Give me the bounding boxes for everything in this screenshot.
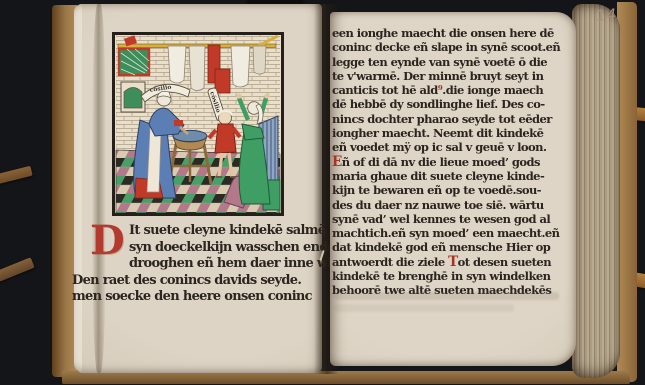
text-segment: des du daer nz nauwe toe siē. wārtu xyxy=(332,198,544,212)
text-segment: legge ten eynde van synē voetē ō die xyxy=(332,55,547,69)
text-segment: nincs dochter pharao seyde tot eēder xyxy=(332,112,552,126)
text-segment: coninc decke eñ slape in synē scoot.eñ xyxy=(332,40,560,54)
left-page-fold-crease xyxy=(92,4,106,373)
text-line: kijn te bewaren eñ op te voedē.sou- xyxy=(332,183,570,197)
text-line: coninc decke eñ slape in synē scoot.eñ xyxy=(332,40,570,54)
text-line: synē vad’ wel kennes te wesen god al xyxy=(332,212,570,226)
text-line: eñ voedet mÿ op ic sal v geuē v loon. xyxy=(332,140,570,154)
text-segment: te v'warmē. Der minnē bruyt seyt in xyxy=(332,69,543,83)
text-segment: It suete cleyne kindekē salmē xyxy=(129,223,325,238)
clasp-strap-left-bottom xyxy=(0,257,35,281)
text-line: nincs dochter pharao seyde tot eēder xyxy=(332,112,570,126)
text-segment: men soecke den heere onsen coninc xyxy=(72,289,312,304)
text-line: canticis tot hē ald⁹.die ionge maech xyxy=(332,83,570,97)
right-page-text: een ionghe maecht die onsen here dēconin… xyxy=(332,26,570,298)
text-line: maria ghaue dit suete cleyne kinde- xyxy=(332,169,570,183)
text-line: Eñ of di dā nv die lieue moed’ gods xyxy=(332,155,570,169)
text-segment: dat kindekē god eñ mensche Hier op xyxy=(332,240,550,254)
text-line: te v'warmē. Der minnē bruyt seyt in xyxy=(332,69,570,83)
text-segment: kindekē te brenghē in syn windelken xyxy=(332,269,550,283)
lower-window-arch xyxy=(124,88,142,109)
text-segment: E xyxy=(332,154,342,170)
text-segment: .die ionge maech xyxy=(442,83,543,97)
text-line: men soecke den heere onsen coninc xyxy=(72,289,305,306)
text-segment: machtich.eñ syn moed’ een maecht.eñ xyxy=(332,226,559,240)
show-through-line-2 xyxy=(334,304,514,312)
show-through-line-1 xyxy=(334,292,559,300)
text-line: dat kindekē god eñ mensche Hier op xyxy=(332,240,570,254)
text-segment: T xyxy=(448,254,458,270)
lombard-initial: D xyxy=(90,225,124,257)
left-page-text: D It suete cleyne kindekē salmēsyn doeck… xyxy=(72,223,305,306)
text-segment: iongher maecht. Neemt dit kindekē xyxy=(332,126,543,140)
text-segment: eñ voedet mÿ op ic sal v geuē v loon. xyxy=(332,140,546,154)
right-page-edges-stack xyxy=(572,4,620,378)
text-segment: kijn te bewaren eñ op te voedē.sou- xyxy=(332,183,541,197)
text-line: een ionghe maecht die onsen here dē xyxy=(332,26,570,40)
text-segment: een ionghe maecht die onsen here dē xyxy=(332,26,554,40)
text-line: machtich.eñ syn moed’ een maecht.eñ xyxy=(332,226,570,240)
text-line: kindekē te brenghē in syn windelken xyxy=(332,269,570,283)
folio-number-pencil: 14 xyxy=(595,5,618,25)
text-line: iongher maecht. Neemt dit kindekē xyxy=(332,126,570,140)
text-segment: syn doeckelkijn wasschen ende xyxy=(129,240,335,255)
text-line: antwoerdt die ziele Tot desen sueten xyxy=(332,255,570,269)
text-segment: antwoerdt die ziele xyxy=(332,255,448,269)
text-line: Den raet des conincs davids seyde. xyxy=(72,273,305,290)
right-cover-board-edge xyxy=(617,2,637,382)
text-line: legge ten eynde van synē voetē ō die xyxy=(332,55,570,69)
text-segment: synē vad’ wel kennes te wesen god al xyxy=(332,212,550,226)
text-line: des du daer nz nauwe toe siē. wārtu xyxy=(332,198,570,212)
text-segment: maria ghaue dit suete cleyne kinde- xyxy=(332,169,544,183)
text-segment: dē hebbē dy sondlinghe lief. Des co- xyxy=(332,97,545,111)
text-segment: ot desen sueten xyxy=(458,255,551,269)
text-segment: canticis tot hē ald xyxy=(332,83,438,97)
text-line: dē hebbē dy sondlinghe lief. Des co- xyxy=(332,97,570,111)
photo-stage: cōsilio cōsilio xyxy=(0,0,645,385)
clasp-strap-left-top xyxy=(0,166,33,184)
text-segment: Den raet des conincs davids seyde. xyxy=(72,273,301,288)
woodcut-illustration: cōsilio cōsilio xyxy=(112,32,284,216)
text-segment: ñ of di dā nv die lieue moed’ gods xyxy=(342,155,540,169)
